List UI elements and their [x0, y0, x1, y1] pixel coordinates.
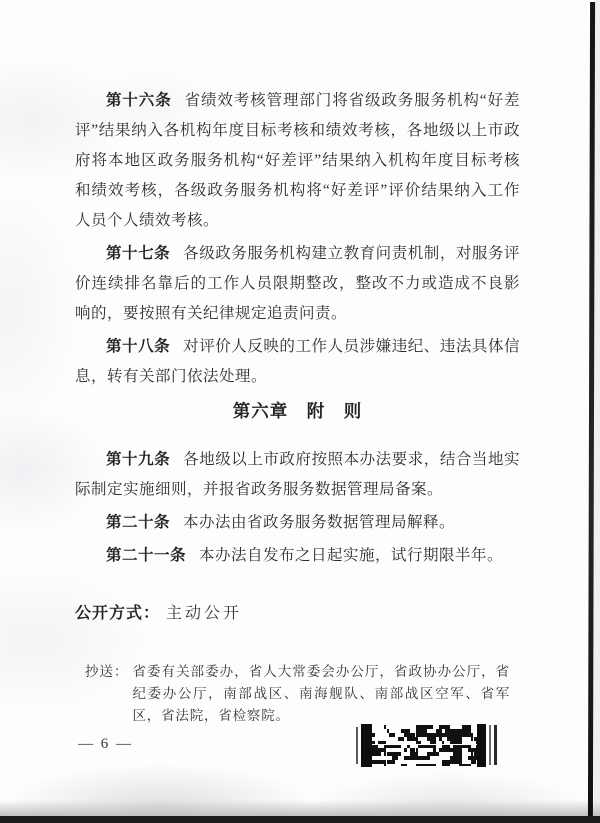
- article-21-number: 第二十一条: [106, 547, 186, 564]
- article-21-text: 本办法自发布之日起实施，试行期限半年。: [199, 547, 503, 564]
- article-20-text: 本办法由省政务服务数据管理局解释。: [183, 514, 455, 531]
- scanned-document-page: { "document": { "articles": [ { "number"…: [0, 0, 600, 823]
- article-16-text: 省绩效考核管理部门将省级政务服务机构“好差评”结果纳入各机构年度目标考核和绩效考…: [75, 92, 520, 229]
- article-18: 第十八条对评价人反映的工作人员涉嫌违纪、违法具体信息，转有关部门依法处理。: [75, 332, 520, 392]
- article-16-number: 第十六条: [106, 92, 172, 109]
- cc-recipients: 省委有关部委办，省人大常委会办公厅，省政协办公厅，省纪委办公厅，南部战区、南海舰…: [133, 661, 511, 727]
- cc-distribution-block: 抄送： 省委有关部委办，省人大常委会办公厅，省政协办公厅，省纪委办公厅，南部战区…: [85, 661, 510, 727]
- barcode-stop-bar: [477, 724, 486, 767]
- barcode-right-thin-bar: [489, 725, 491, 765]
- article-19-number: 第十九条: [106, 451, 170, 468]
- cc-label: 抄送：: [85, 661, 129, 683]
- article-20: 第二十条本办法由省政务服务数据管理局解释。: [75, 508, 520, 538]
- barcode-left-thin-bar: [356, 727, 358, 764]
- article-17: 第十七条各级政务服务机构建立教育问责机制，对服务评价连续排名靠后的工作人员限期整…: [75, 239, 520, 329]
- article-20-number: 第二十条: [106, 514, 170, 531]
- article-16: 第十六条省绩效考核管理部门将省级政务服务机构“好差评”结果纳入各机构年度目标考核…: [75, 86, 520, 236]
- chapter-heading: 第六章 附 则: [75, 400, 520, 422]
- scan-bottom-shade: [0, 800, 600, 816]
- barcode-icon: [355, 724, 501, 767]
- disclosure-method-row: 公开方式：主动公开: [75, 603, 242, 625]
- article-19: 第十九条各地级以上市政府按照本办法要求，结合当地实际制定实施细则，并报省政务服务…: [75, 445, 520, 505]
- page-number: — 6 —: [78, 736, 133, 753]
- article-21: 第二十一条本办法自发布之日起实施，试行期限半年。: [75, 541, 520, 571]
- barcode-start-bar: [361, 724, 372, 767]
- disclosure-value: 主动公开: [166, 605, 242, 622]
- barcode-right-outer-bar: [494, 725, 497, 765]
- disclosure-label: 公开方式：: [75, 605, 160, 622]
- document-body: 第十六条省绩效考核管理部门将省级政务服务机构“好差评”结果纳入各机构年度目标考核…: [75, 86, 520, 574]
- article-18-number: 第十八条: [106, 338, 170, 355]
- barcode-noise: [372, 725, 477, 766]
- scan-bottom-edge-shadow: [0, 816, 600, 823]
- article-17-number: 第十七条: [106, 245, 170, 262]
- scan-right-margin: [594, 0, 600, 823]
